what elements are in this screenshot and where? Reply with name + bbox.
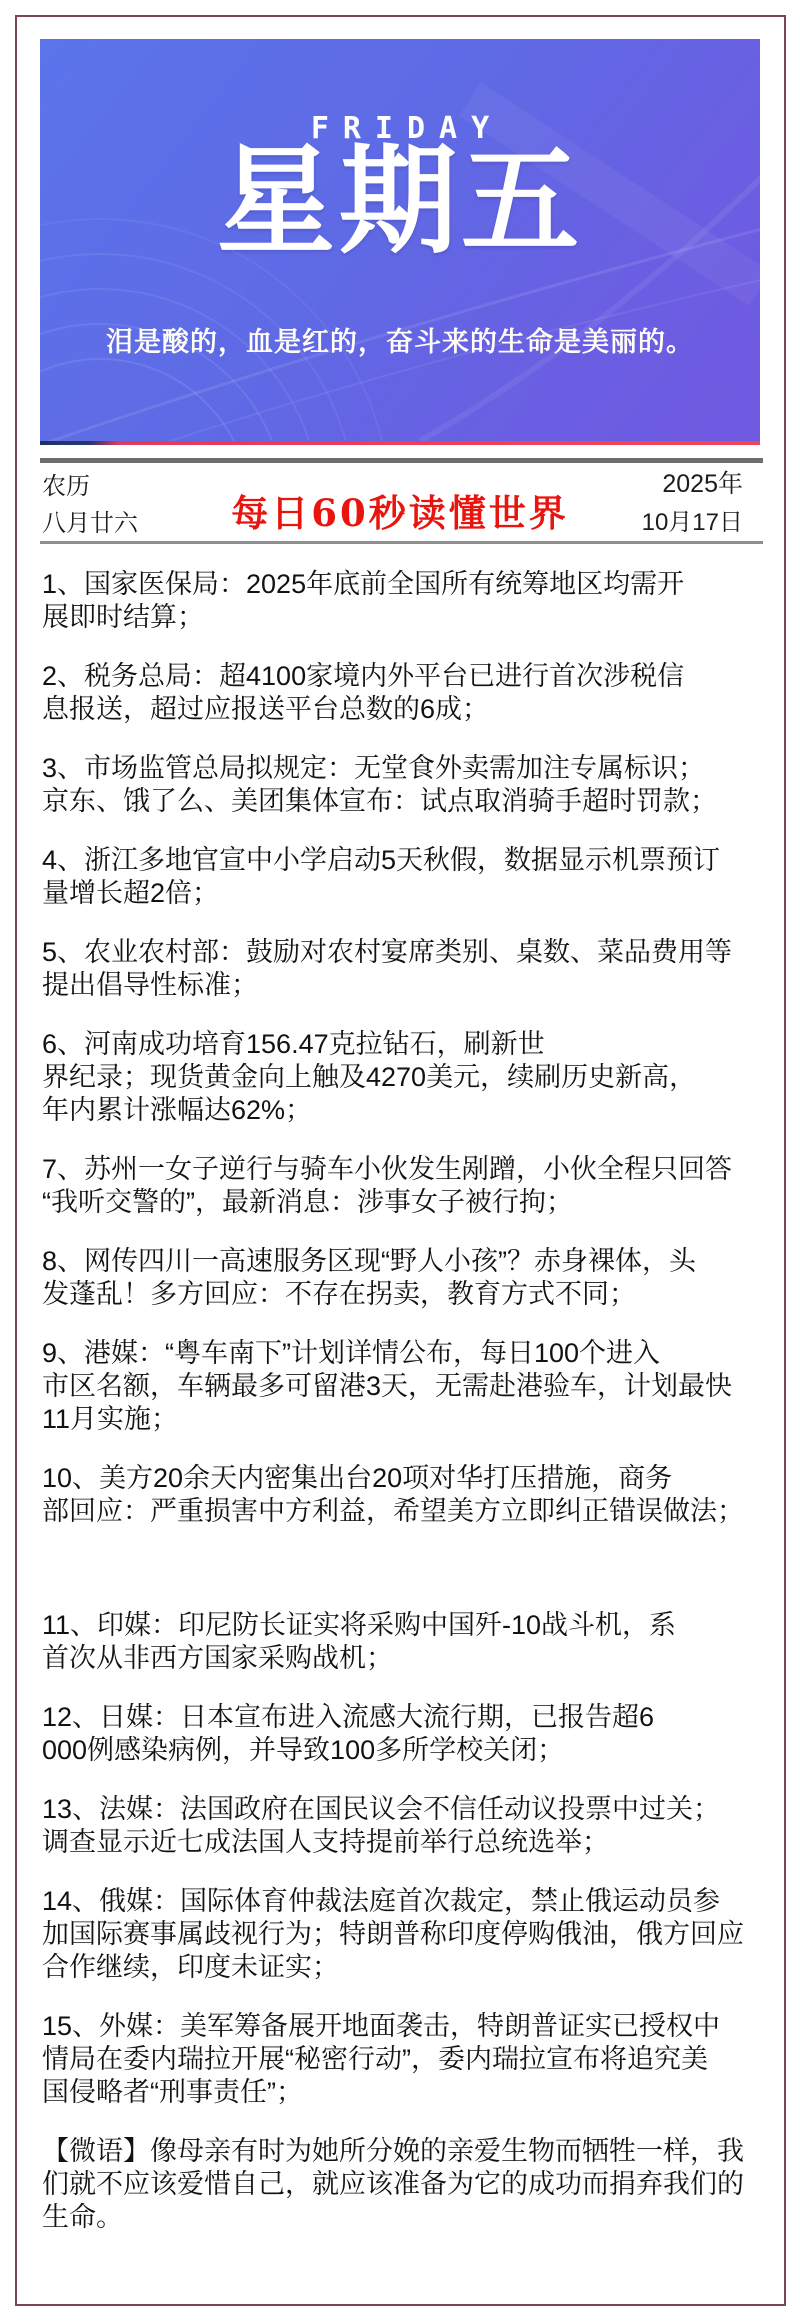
news-item-4: 4、浙江多地官宣中小学启动5天秋假，数据显示机票预订 量增长超2倍； — [42, 844, 774, 910]
news-item-10: 10、美方20余天内密集出台20项对华打压措施，商务 部回应：严重损害中方利益，… — [42, 1462, 774, 1528]
news-list: 1、国家医保局：2025年底前全国所有统筹地区均需开 展即时结算； 2、税务总局… — [42, 568, 774, 2234]
news-item-1: 1、国家医保局：2025年底前全国所有统筹地区均需开 展即时结算； — [42, 568, 774, 634]
daily-motto: 泪是酸的，血是红的，奋斗来的生命是美丽的。 — [40, 320, 760, 359]
news-item-13: 13、法媒：法国政府在国民议会不信任动议投票中过关； 调查显示近七成法国人支持提… — [42, 1793, 774, 1859]
daily-news-poster: { "page": { "frame_color": "#7c4650", "b… — [0, 0, 800, 2324]
news-item-5: 5、农业农村部：鼓励对农村宴席类别、桌数、菜品费用等 提出倡导性标准； — [42, 936, 774, 1002]
news-item-7: 7、苏州一女子逆行与骑车小伙发生剐蹭，小伙全程只回答 “我听交警的”，最新消息：… — [42, 1153, 774, 1219]
header-bottom-divider — [40, 541, 763, 544]
news-item-14: 14、俄媒：国际体育仲裁法庭首次裁定，禁止俄运动员参 加国际赛事属歧视行为；特朗… — [42, 1885, 774, 1984]
weekday-chinese-title: 星期五 — [40, 135, 760, 267]
hero-bottom-accent-line — [40, 441, 760, 445]
header-top-divider — [40, 458, 763, 463]
news-item-2: 2、税务总局：超4100家境内外平台已进行首次涉税信 息报送，超过应报送平台总数… — [42, 660, 774, 726]
weiyu-quote: 【微语】像母亲有时为她所分娩的亲爱生物而牺牲一样，我 们就不应该爱惜自己，就应该… — [42, 2135, 774, 2234]
news-item-3: 3、市场监管总局拟规定：无堂食外卖需加注专属标识； 京东、饿了么、美团集体宣布：… — [42, 752, 774, 818]
year-label: 2025年 — [662, 464, 743, 500]
news-item-12: 12、日媒：日本宣布进入流感大流行期，已报告超6 000例感染病例，并导致100… — [42, 1701, 774, 1767]
date-label: 10月17日 — [642, 502, 743, 537]
news-item-9: 9、港媒：“粤车南下”计划详情公布，每日100个进入 市区名额，车辆最多可留港3… — [42, 1337, 774, 1436]
news-item-6: 6、河南成功培育156.47克拉钻石，刷新世 界纪录；现货黄金向上触及4270美… — [42, 1028, 774, 1127]
hero-card: FRIDAY 星期五 泪是酸的，血是红的，奋斗来的生命是美丽的。 — [40, 39, 760, 441]
news-item-15: 15、外媒：美军筹备展开地面袭击，特朗普证实已授权中 情局在委内瑞拉开展“秘密行… — [42, 2010, 774, 2109]
news-item-8: 8、网传四川一高速服务区现“野人小孩”？赤身裸体，头 发蓬乱！多方回应：不存在拐… — [42, 1245, 774, 1311]
news-item-11: 11、印媒：印尼防长证实将采购中国歼-10战斗机，系 首次从非西方国家采购战机； — [42, 1609, 774, 1675]
